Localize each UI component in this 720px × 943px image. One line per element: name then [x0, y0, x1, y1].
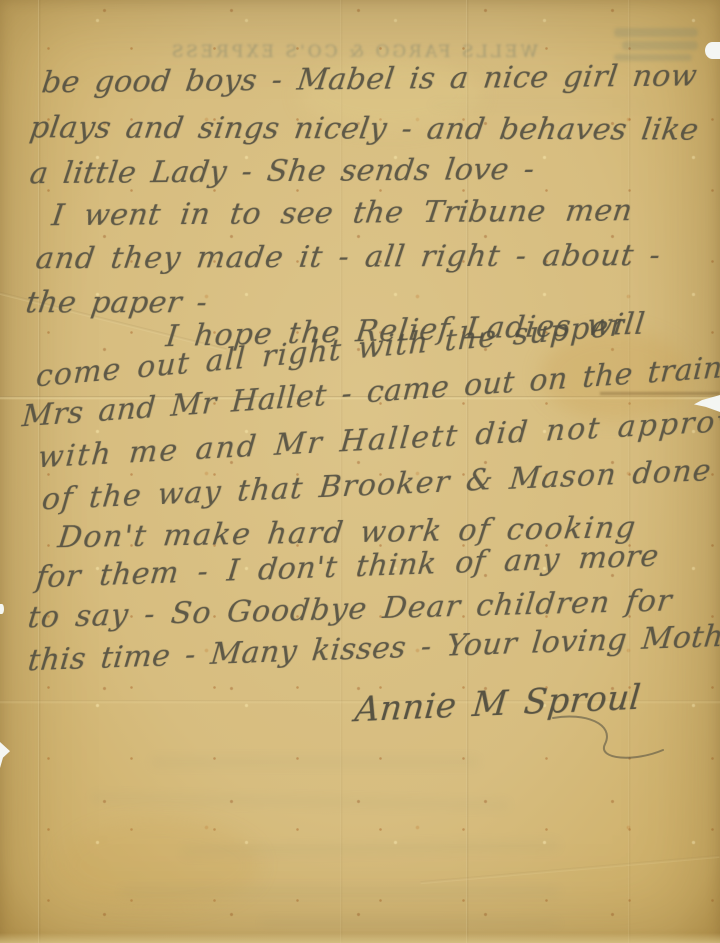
- torn-edge-notch-left: [0, 742, 10, 768]
- age-stain: [60, 820, 260, 910]
- letter-page: WELLS FARGO & CO'S EXPRESS be good boys …: [0, 0, 720, 943]
- bleedthrough-writing: [120, 886, 560, 898]
- bleedthrough-writing: [180, 839, 560, 859]
- torn-edge-sliver-left: [0, 604, 4, 614]
- bleedthrough-letterhead: WELLS FARGO & CO'S EXPRESS: [238, 42, 538, 62]
- handwriting-line: the paper -: [24, 286, 210, 319]
- handwriting-line: plays and sings nicely - and behaves lik…: [28, 111, 701, 146]
- fold-crease-diagonal-bottom: [420, 855, 719, 884]
- signature-flourish-stroke: [545, 710, 675, 770]
- handwriting-line: and they made it - all right - about -: [34, 239, 663, 275]
- handwriting-line: a little Lady - She sends love -: [28, 153, 537, 190]
- bleedthrough-writing: [90, 792, 510, 810]
- torn-edge-notch-top-right: [705, 42, 720, 59]
- handwriting-line: I went in to see the Tribune men: [50, 194, 635, 232]
- handwriting-line: be good boys - Mabel is a nice girl now: [40, 59, 699, 99]
- bleedthrough-writing: [260, 918, 560, 928]
- bleedthrough-writing: [430, 100, 650, 110]
- bleedthrough-writing: [150, 756, 480, 768]
- torn-edge-shadow: [600, 392, 720, 395]
